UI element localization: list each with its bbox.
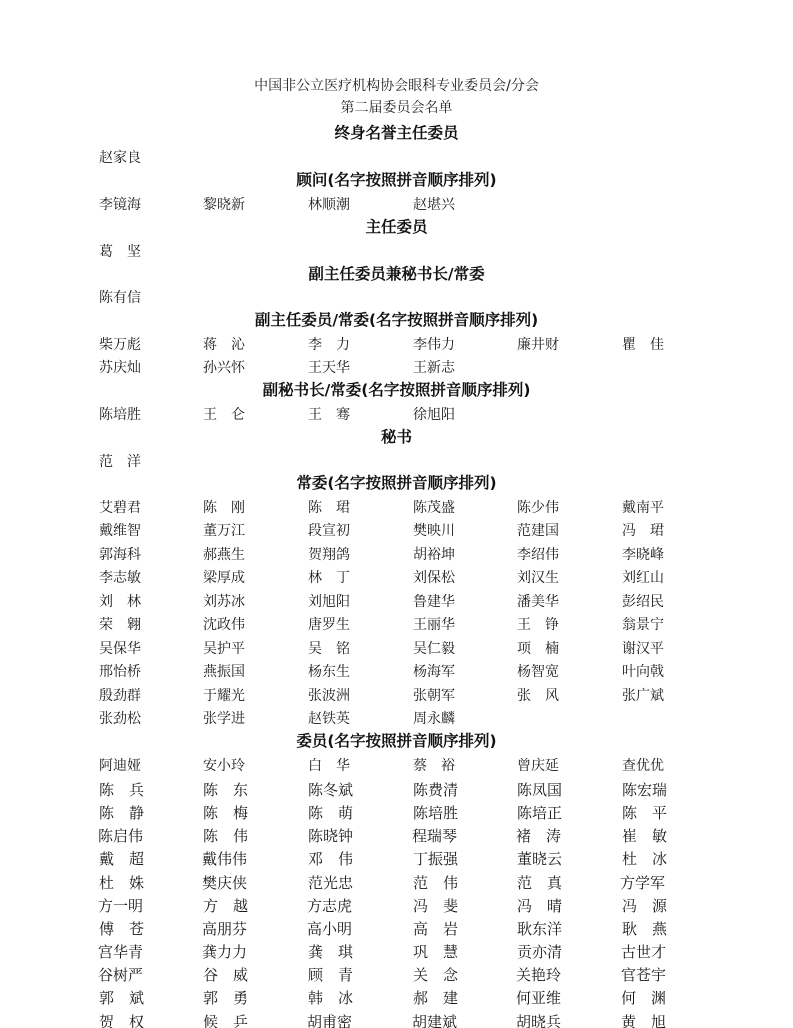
member-name: 何 渊 <box>621 987 666 1008</box>
member-name: 林 丁 <box>308 567 350 587</box>
member-name: 高朋芬 <box>202 918 247 939</box>
member-name: 陈冬斌 <box>308 779 353 800</box>
member-name: 崔 敏 <box>622 825 667 846</box>
section-heading-deputy-secretaries: 副秘书长/常委(名字按照拼音顺序排列) <box>0 378 793 400</box>
member-name: 冯 源 <box>622 895 667 916</box>
member-name: 官苍宇 <box>621 964 666 985</box>
section-heading-vice-chairs: 副主任委员/常委(名字按照拼音顺序排列) <box>0 308 793 330</box>
member-name: 陈培胜 <box>99 404 141 424</box>
member-name: 段宣初 <box>308 520 350 540</box>
member-name: 关 念 <box>413 964 458 985</box>
member-name: 郝 建 <box>413 987 458 1008</box>
member-name: 彭绍民 <box>622 591 664 611</box>
member-name: 刘汉生 <box>517 567 559 587</box>
member-name: 程瑞琴 <box>412 825 457 846</box>
member-name: 赵家良 <box>99 147 141 167</box>
member-name: 项 楠 <box>517 638 559 658</box>
member-name: 戴 超 <box>99 848 144 869</box>
member-name: 阿迪娅 <box>99 755 141 775</box>
member-name: 董万江 <box>203 520 245 540</box>
member-name: 王新志 <box>413 357 455 377</box>
member-name: 瞿 佳 <box>622 334 664 354</box>
member-name: 褚 涛 <box>516 825 561 846</box>
member-name: 戴伟伟 <box>202 848 247 869</box>
member-name: 张劲松 <box>99 708 141 728</box>
document-title-org: 中国非公立医疗机构协会眼科专业委员会/分会 <box>0 75 793 95</box>
member-name: 范 真 <box>517 872 562 893</box>
section-heading-standing-committee: 常委(名字按照拼音顺序排列) <box>0 471 793 493</box>
member-name: 葛 坚 <box>99 241 141 261</box>
member-name: 赵铁英 <box>308 708 350 728</box>
member-name: 范 洋 <box>99 451 141 471</box>
member-name: 谷 威 <box>203 964 248 985</box>
member-name: 张广斌 <box>622 685 664 705</box>
member-name: 陈 东 <box>203 779 248 800</box>
member-name: 邓 伟 <box>308 848 353 869</box>
section-heading-members: 委员(名字按照拼音顺序排列) <box>0 729 793 751</box>
member-name: 孙兴怀 <box>203 357 245 377</box>
member-name: 戴维智 <box>99 520 141 540</box>
member-name: 冯 晴 <box>517 895 562 916</box>
member-name: 翁景宁 <box>622 614 664 634</box>
member-name: 陈少伟 <box>517 497 559 517</box>
member-name: 冯 珺 <box>622 520 664 540</box>
member-name: 邢怡桥 <box>99 661 141 681</box>
member-name: 刘保松 <box>413 567 455 587</box>
member-name: 龚 琪 <box>308 941 353 962</box>
member-name: 郝燕生 <box>203 544 245 564</box>
member-name: 王 骞 <box>308 404 350 424</box>
member-name: 顾 青 <box>308 964 353 985</box>
member-name: 陈有信 <box>99 287 141 307</box>
member-name: 宫华青 <box>98 941 143 962</box>
member-name: 范建国 <box>517 520 559 540</box>
member-name: 陈 萌 <box>308 802 353 823</box>
member-name: 贺 权 <box>99 1011 144 1028</box>
member-name: 唐罗生 <box>308 614 350 634</box>
member-name: 刘苏冰 <box>203 591 245 611</box>
member-name: 陈培胜 <box>413 802 458 823</box>
member-name: 梁厚成 <box>203 567 245 587</box>
member-name: 刘旭阳 <box>308 591 350 611</box>
member-name: 陈晓钟 <box>308 825 353 846</box>
member-name: 冯 斐 <box>413 895 458 916</box>
member-name: 叶向戟 <box>622 661 664 681</box>
member-name: 周永麟 <box>413 708 455 728</box>
section-heading-vice-chair-secretary-general: 副主任委员兼秘书长/常委 <box>0 262 793 284</box>
member-name: 贺翔鸽 <box>308 544 350 564</box>
member-name: 韩 冰 <box>308 987 353 1008</box>
member-name: 张学进 <box>203 708 245 728</box>
document-title-session: 第二届委员会名单 <box>0 97 793 117</box>
member-name: 荣 翱 <box>99 614 141 634</box>
member-name: 张波洲 <box>308 685 350 705</box>
member-name: 陈费清 <box>413 779 458 800</box>
member-name: 燕振国 <box>203 661 245 681</box>
member-name: 林顺潮 <box>308 194 350 214</box>
member-name: 杨海军 <box>413 661 455 681</box>
member-name: 赵堪兴 <box>413 194 455 214</box>
member-name: 王 仑 <box>203 404 245 424</box>
member-name: 候 乒 <box>203 1011 248 1028</box>
member-name: 曾庆延 <box>517 755 559 775</box>
member-name: 吴仁毅 <box>413 638 455 658</box>
member-name: 陈 伟 <box>203 825 248 846</box>
member-name: 高 岩 <box>413 918 458 939</box>
member-name: 廉井财 <box>517 334 559 354</box>
member-name: 胡裕坤 <box>413 544 455 564</box>
member-name: 郭 斌 <box>99 987 144 1008</box>
member-name: 陈 梅 <box>203 802 248 823</box>
member-name: 王天华 <box>308 357 350 377</box>
member-name: 吴护平 <box>203 638 245 658</box>
member-name: 查优优 <box>622 755 664 775</box>
member-name: 陈 珺 <box>308 497 350 517</box>
member-name: 傅 苍 <box>99 918 144 939</box>
member-name: 陈凤国 <box>517 779 562 800</box>
member-name: 郭海科 <box>99 544 141 564</box>
member-name: 高小明 <box>307 918 352 939</box>
member-name: 龚力力 <box>202 941 247 962</box>
member-name: 黄 旭 <box>621 1011 666 1028</box>
member-name: 黎晓新 <box>203 194 245 214</box>
member-name: 范 伟 <box>413 872 458 893</box>
member-name: 丁振强 <box>413 848 458 869</box>
member-name: 胡晓兵 <box>516 1011 561 1028</box>
member-name: 樊庆侠 <box>202 872 247 893</box>
member-name: 柴万彪 <box>99 334 141 354</box>
member-name: 李伟力 <box>413 334 455 354</box>
member-name: 谷树严 <box>98 964 143 985</box>
member-name: 陈茂盛 <box>413 497 455 517</box>
member-name: 杨东生 <box>308 661 350 681</box>
member-name: 于耀光 <box>203 685 245 705</box>
member-name: 胡甫密 <box>307 1011 352 1028</box>
member-name: 杨智宽 <box>517 661 559 681</box>
member-name: 方 越 <box>203 895 248 916</box>
member-name: 陈启伟 <box>98 825 143 846</box>
member-name: 胡建斌 <box>412 1011 457 1028</box>
section-heading-secretary: 秘书 <box>0 425 793 447</box>
member-name: 杜 冰 <box>622 848 667 869</box>
member-name: 李晓峰 <box>622 544 664 564</box>
member-name: 张朝军 <box>413 685 455 705</box>
member-name: 陈培正 <box>517 802 562 823</box>
member-name: 陈 刚 <box>203 497 245 517</box>
member-name: 古世才 <box>621 941 666 962</box>
section-heading-advisors: 顾问(名字按照拼音顺序排列) <box>0 168 793 190</box>
member-name: 巩 慧 <box>413 941 458 962</box>
member-name: 董晓云 <box>517 848 562 869</box>
member-name: 张 风 <box>517 685 559 705</box>
member-name: 艾碧君 <box>99 497 141 517</box>
member-name: 陈 兵 <box>99 779 144 800</box>
member-name: 贡亦清 <box>517 941 562 962</box>
member-name: 王丽华 <box>413 614 455 634</box>
member-name: 王 铮 <box>517 614 559 634</box>
member-name: 谢汉平 <box>622 638 664 658</box>
member-name: 郭 勇 <box>203 987 248 1008</box>
member-name: 刘红山 <box>622 567 664 587</box>
member-name: 范光忠 <box>308 872 353 893</box>
member-name: 徐旭阳 <box>413 404 455 424</box>
member-name: 潘美华 <box>517 591 559 611</box>
member-name: 蔡 裕 <box>413 755 455 775</box>
section-heading-chair: 主任委员 <box>0 215 793 237</box>
section-heading-honorary-chair: 终身名誉主任委员 <box>0 121 793 143</box>
member-name: 李镜海 <box>99 194 141 214</box>
member-name: 方学军 <box>620 872 665 893</box>
member-name: 耿东洋 <box>517 918 562 939</box>
member-name: 安小玲 <box>203 755 245 775</box>
member-name: 沈政伟 <box>203 614 245 634</box>
member-name: 白 华 <box>308 755 350 775</box>
member-name: 陈 静 <box>99 802 144 823</box>
member-name: 吴 铭 <box>308 638 350 658</box>
member-name: 陈宏瑞 <box>622 779 667 800</box>
member-name: 李 力 <box>308 334 350 354</box>
member-name: 关艳玲 <box>516 964 561 985</box>
member-name: 戴南平 <box>622 497 664 517</box>
member-name: 樊映川 <box>413 520 455 540</box>
member-name: 吴保华 <box>99 638 141 658</box>
member-name: 殷劲群 <box>99 685 141 705</box>
member-name: 苏庆灿 <box>99 357 141 377</box>
member-name: 杜 姝 <box>99 872 144 893</box>
member-name: 刘 林 <box>99 591 141 611</box>
member-name: 陈 平 <box>622 802 667 823</box>
member-name: 方志虎 <box>307 895 352 916</box>
member-name: 鲁建华 <box>413 591 455 611</box>
member-name: 蒋 沁 <box>203 334 245 354</box>
member-name: 何亚维 <box>516 987 561 1008</box>
member-name: 李志敏 <box>99 567 141 587</box>
member-name: 方一明 <box>98 895 143 916</box>
member-name: 李绍伟 <box>517 544 559 564</box>
member-name: 耿 燕 <box>622 918 667 939</box>
